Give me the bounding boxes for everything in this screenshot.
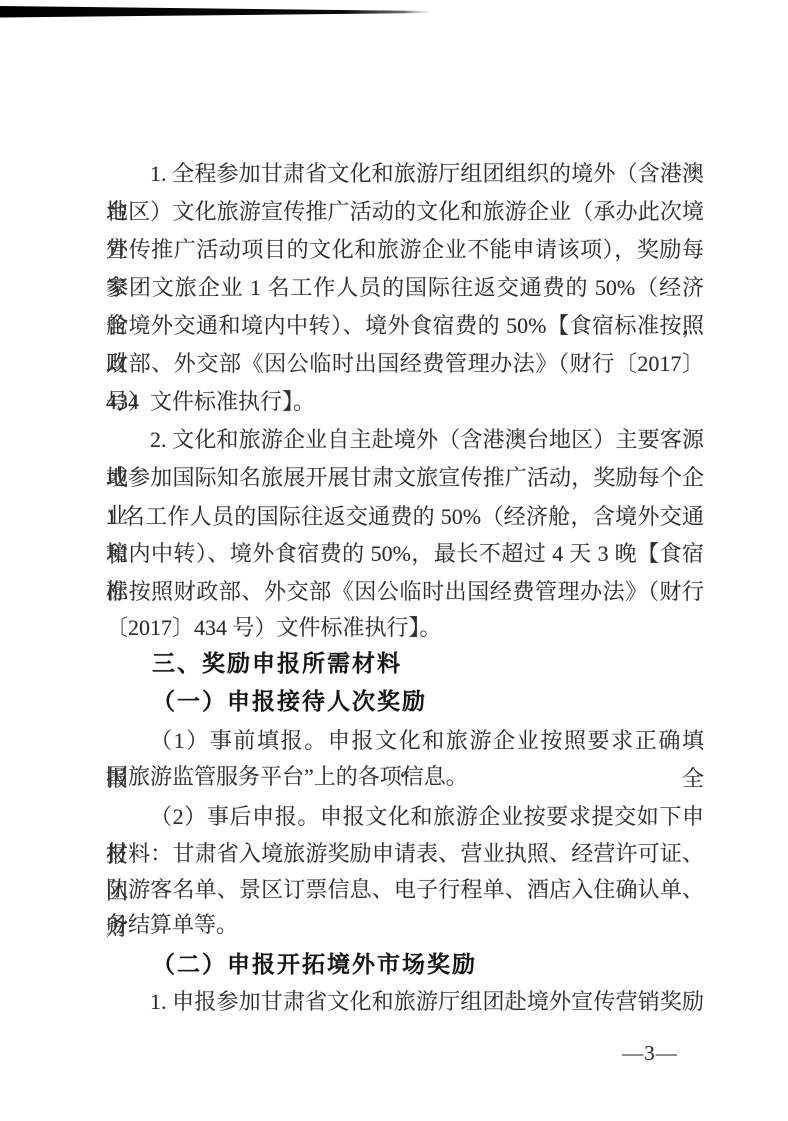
text-line: 号）文件标准执行】。 — [106, 383, 704, 421]
text-line: 政部、外交部《因公临时出国经费管理办法》（财行〔2017〕434 — [106, 345, 704, 383]
subsection-heading: （二）申报开拓境外市场奖励 — [106, 946, 704, 984]
section-heading: 三、奖励申报所需材料 — [106, 644, 704, 682]
document-page: 1. 全程参加甘肃省文化和旅游厅组团组织的境外（含港澳台 地区）文化旅游宣传推广… — [0, 0, 788, 1121]
text-line: 准按照财政部、外交部《因公临时出国经费管理办法》（财行 — [106, 573, 704, 611]
text-line: 队游客名单、景区订票信息、电子行程单、酒店入住确认单、财 — [106, 871, 704, 909]
text-line: 〔2017〕434 号）文件标准执行】。 — [106, 609, 704, 647]
text-line: 参团文旅企业 1 名工作人员的国际往返交通费的 50%（经济舱， — [106, 269, 704, 307]
text-line: 材料：甘肃省入境旅游奖励申请表、营业执照、经营许可证、团 — [106, 835, 704, 873]
text-line: 地区）文化旅游宣传推广活动的文化和旅游企业（承办此次境外 — [106, 193, 704, 231]
document-body: 1. 全程参加甘肃省文化和旅游厅组团组织的境外（含港澳台 地区）文化旅游宣传推广… — [0, 0, 788, 1121]
page-number: —3— — [612, 1038, 688, 1068]
text-line: （2）事后申报。申报文化和旅游企业按要求提交如下申报 — [106, 798, 704, 836]
subsection-heading: （一）申报接待人次奖励 — [106, 683, 704, 721]
text-line: 宣传推广活动项目的文化和旅游企业不能申请该项），奖励每家 — [106, 231, 704, 269]
text-line: 含境外交通和境内中转）、境外食宿费的 50%【食宿标准按照财 — [106, 307, 704, 345]
text-line: 1 名工作人员的国际往返交通费的 50%（经济舱，含境外交通和 — [106, 498, 704, 536]
text-line: 1. 申报参加甘肃省文化和旅游厅组团赴境外宣传营销奖励 — [106, 983, 704, 1021]
text-line: 或参加国际知名旅展开展甘肃文旅宣传推广活动，奖励每个企业 — [106, 459, 704, 497]
text-line: 国旅游监管服务平台”上的各项信息。 — [106, 758, 704, 796]
text-line: 1. 全程参加甘肃省文化和旅游厅组团组织的境外（含港澳台 — [106, 155, 704, 193]
text-line: 境内中转）、境外食宿费的 50%，最长不超过 4 天 3 晚【食宿标 — [106, 535, 704, 573]
text-line: （1）事前填报。申报文化和旅游企业按照要求正确填报“全 — [106, 722, 704, 760]
text-line: 2. 文化和旅游企业自主赴境外（含港澳台地区）主要客源地 — [106, 421, 704, 459]
text-line: 务结算单等。 — [106, 906, 704, 944]
